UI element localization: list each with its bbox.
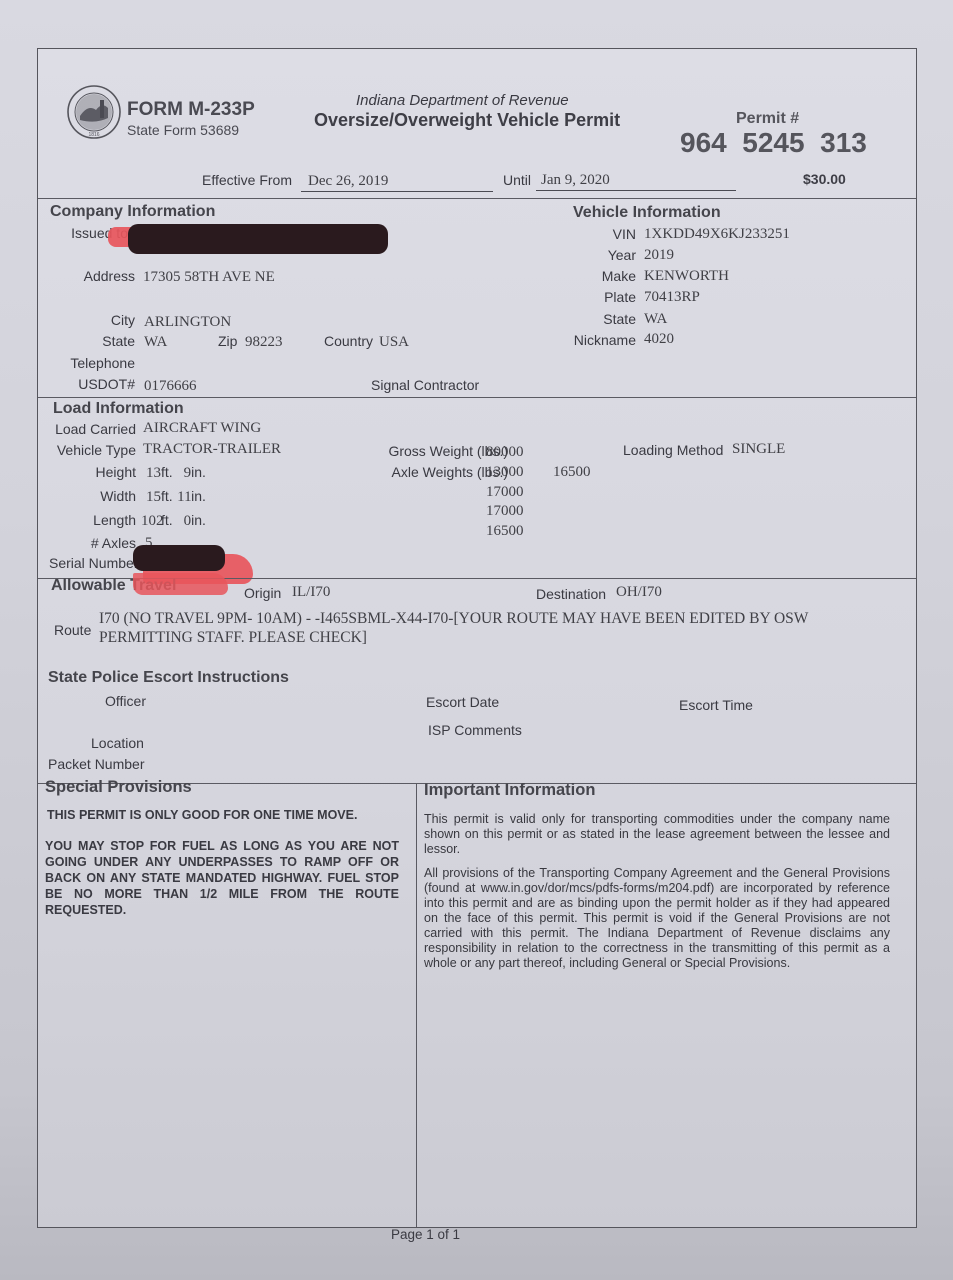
plate-label: Plate bbox=[558, 289, 636, 305]
make-value: KENWORTH bbox=[644, 268, 729, 285]
route-label: Route bbox=[54, 622, 91, 638]
year-value: 2019 bbox=[644, 247, 674, 264]
redaction-mark bbox=[133, 545, 225, 571]
city-label: City bbox=[38, 312, 135, 328]
origin-label: Origin bbox=[244, 585, 281, 601]
divider-company bbox=[38, 397, 916, 398]
escort-section-title: State Police Escort Instructions bbox=[48, 669, 289, 687]
location-label: Location bbox=[91, 735, 144, 751]
until-label: Until bbox=[503, 172, 531, 188]
plate-value: 70413RP bbox=[644, 289, 700, 306]
route-line-1: I70 (NO TRAVEL 9PM- 10AM) - -I465SBML-X4… bbox=[99, 610, 808, 628]
vehicle-type-value: TRACTOR-TRAILER bbox=[143, 441, 281, 458]
origin-value: IL/I70 bbox=[292, 584, 330, 601]
height-label: Height bbox=[38, 464, 136, 480]
contractor-type: Signal Contractor bbox=[371, 377, 479, 393]
special-provision-1: THIS PERMIT IS ONLY GOOD FOR ONE TIME MO… bbox=[47, 807, 399, 823]
zip-value: 98223 bbox=[245, 334, 283, 351]
load-carried-label: Load Carried bbox=[38, 421, 136, 437]
until-date: Jan 9, 2020 bbox=[541, 172, 610, 189]
length-value: 102ft. 0in. bbox=[141, 512, 206, 530]
company-section-title: Company Information bbox=[50, 203, 215, 221]
isp-comments-label: ISP Comments bbox=[428, 722, 522, 738]
nickname-label: Nickname bbox=[538, 332, 636, 348]
important-info-paragraph-2: All provisions of the Transporting Compa… bbox=[424, 866, 890, 971]
permit-number-label: Permit # bbox=[736, 110, 799, 128]
usdot-value: 0176666 bbox=[144, 378, 197, 395]
state-form-number: State Form 53689 bbox=[127, 122, 239, 138]
important-info-paragraph-1: This permit is valid only for transporti… bbox=[424, 812, 890, 857]
axle-weight-2: 17000 bbox=[486, 484, 524, 501]
vin-label: VIN bbox=[558, 226, 636, 242]
width-label: Width bbox=[38, 488, 136, 504]
country-label: Country bbox=[324, 333, 373, 349]
axle-weight-5: 16500 bbox=[553, 464, 591, 481]
telephone-label: Telephone bbox=[38, 355, 135, 371]
vehicle-section-title: Vehicle Information bbox=[573, 204, 721, 222]
usdot-label: USDOT# bbox=[38, 376, 135, 392]
special-provisions-title: Special Provisions bbox=[45, 778, 192, 797]
document-title: Oversize/Overweight Vehicle Permit bbox=[314, 110, 620, 131]
divider-header bbox=[38, 198, 916, 199]
redaction-mark bbox=[133, 573, 228, 595]
vin-value: 1XKDD49X6KJ233251 bbox=[644, 226, 790, 243]
axles-label: # Axles bbox=[38, 535, 136, 551]
load-carried-value: AIRCRAFT WING bbox=[143, 420, 261, 437]
vehicle-state-label: State bbox=[558, 311, 636, 327]
vehicle-type-label: Vehicle Type bbox=[38, 442, 136, 458]
effective-from-date: Dec 26, 2019 bbox=[308, 173, 388, 190]
loading-method-label: Loading Method bbox=[623, 442, 723, 458]
packet-number-label: Packet Number bbox=[48, 756, 144, 772]
permit-number: 964 5245 313 bbox=[680, 127, 867, 159]
form-number: FORM M-233P bbox=[127, 99, 255, 121]
page-indicator: Page 1 of 1 bbox=[391, 1227, 460, 1242]
vehicle-state-value: WA bbox=[644, 311, 667, 328]
escort-date-label: Escort Date bbox=[426, 694, 499, 710]
make-label: Make bbox=[558, 268, 636, 284]
loading-method-value: SINGLE bbox=[732, 441, 785, 458]
important-info-title: Important Information bbox=[424, 781, 595, 800]
divider-vertical bbox=[416, 783, 417, 1227]
width-in: 11 bbox=[177, 489, 191, 506]
effective-from-underline bbox=[301, 191, 493, 192]
state-value: WA bbox=[144, 334, 167, 351]
address-value: 17305 58TH AVE NE bbox=[143, 269, 275, 286]
height-value: 13ft. 9in. bbox=[141, 464, 206, 482]
officer-label: Officer bbox=[105, 693, 146, 709]
address-label: Address bbox=[38, 268, 135, 284]
height-ft: 13 bbox=[141, 465, 161, 482]
svg-text:1816: 1816 bbox=[88, 132, 99, 138]
axle-weight-1: 13000 bbox=[486, 464, 524, 481]
state-seal-icon: 1816 bbox=[66, 84, 122, 140]
destination-label: Destination bbox=[536, 586, 606, 602]
redaction-mark bbox=[128, 224, 388, 254]
axle-weights-label: Axle Weights (lbs.) bbox=[318, 464, 508, 480]
gross-weight-value: 80000 bbox=[486, 444, 524, 461]
axle-weight-3: 17000 bbox=[486, 503, 524, 520]
city-value: ARLINGTON bbox=[144, 314, 231, 331]
serial-number-label: Serial Number bbox=[49, 555, 138, 571]
axle-weight-4: 16500 bbox=[486, 523, 524, 540]
load-section-title: Load Information bbox=[53, 400, 184, 418]
length-label: Length bbox=[38, 512, 136, 528]
state-label: State bbox=[38, 333, 135, 349]
department-name: Indiana Department of Revenue bbox=[356, 92, 569, 109]
length-ft: 102 bbox=[141, 513, 161, 530]
country-value: USA bbox=[379, 334, 409, 351]
destination-value: OH/I70 bbox=[616, 584, 662, 601]
until-underline bbox=[536, 190, 736, 191]
permit-fee: $30.00 bbox=[803, 171, 846, 187]
year-label: Year bbox=[558, 247, 636, 263]
special-provision-2: YOU MAY STOP FOR FUEL AS LONG AS YOU ARE… bbox=[45, 838, 399, 918]
permit-document: 1816 FORM M-233P State Form 53689 Indian… bbox=[37, 48, 917, 1228]
zip-label: Zip bbox=[218, 333, 237, 349]
route-line-2: PERMITTING STAFF. PLEASE CHECK] bbox=[99, 629, 367, 647]
width-ft: 15 bbox=[141, 489, 161, 506]
effective-from-label: Effective From bbox=[202, 172, 292, 188]
escort-time-label: Escort Time bbox=[679, 697, 753, 713]
gross-weight-label: Gross Weight (lbs.) bbox=[318, 443, 508, 459]
length-in: 0 bbox=[177, 513, 191, 530]
nickname-value: 4020 bbox=[644, 331, 674, 348]
height-in: 9 bbox=[177, 465, 191, 482]
width-value: 15ft. 11in. bbox=[141, 488, 206, 506]
